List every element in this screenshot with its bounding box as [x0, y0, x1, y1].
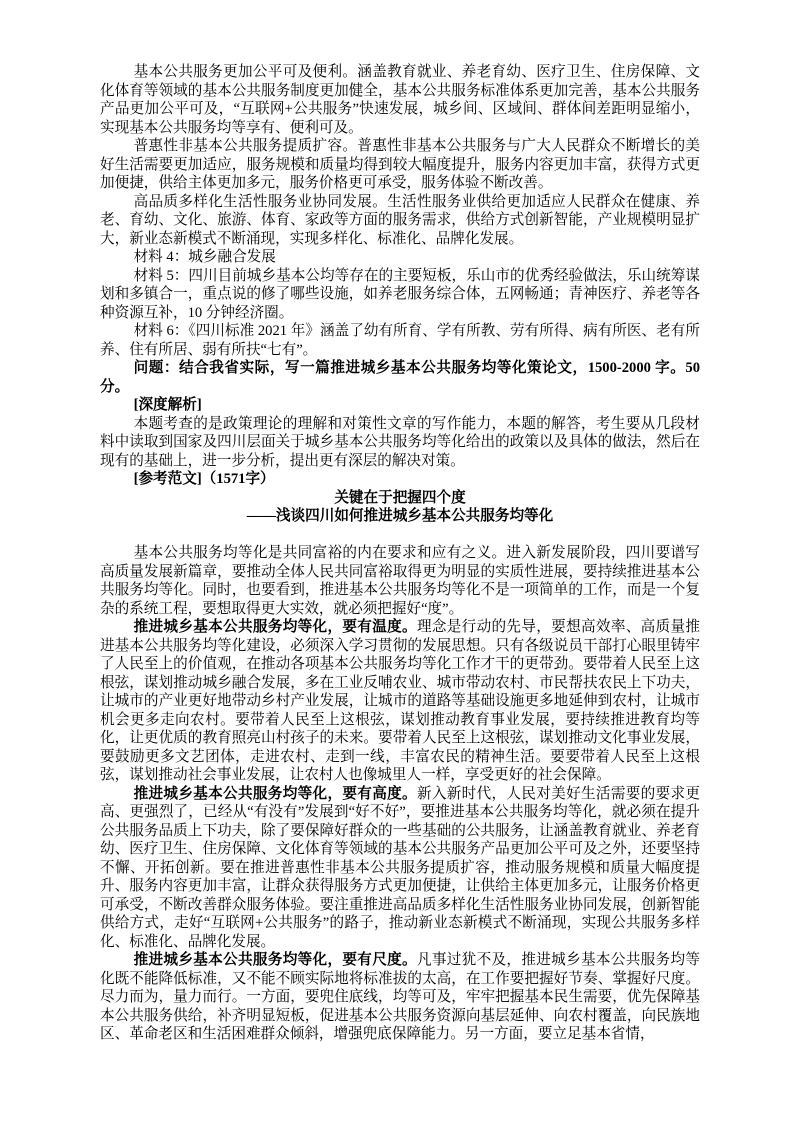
text-run: 基本公共服务均等化是共同富裕的内在要求和应有之义。进入新发展阶段，四川要谱写高质…	[100, 545, 700, 617]
document-page: 基本公共服务更加公平可及便利。涵盖教育就业、养老育幼、医疗卫生、住房保障、文化体…	[0, 0, 794, 1123]
essay-para-intro: 基本公共服务均等化是共同富裕的内在要求和应有之义。进入新发展阶段，四川要谱写高质…	[100, 544, 700, 618]
bold-text-run: [参考范文]（1571字）	[134, 471, 275, 487]
essay-subtitle: ——浅谈四川如何推进城乡基本公共服务均等化	[100, 507, 700, 526]
bold-text-run: 推进城乡基本公共服务均等化，要有温度。	[134, 619, 417, 635]
bold-text-run: 问题：结合我省实际，写一篇推进城乡基本公共服务均等化策论文，1500-2000 …	[100, 360, 700, 395]
essay-title: 关键在于把握四个度	[100, 489, 700, 508]
text-run: 理念是行动的先导，要想高效率、高质量推进基本公共服务均等化建设，必须深入学习贯彻…	[100, 619, 700, 783]
text-run: 基本公共服务更加公平可及便利。涵盖教育就业、养老育幼、医疗卫生、住房保障、文化体…	[100, 64, 700, 136]
text-run: 新入新时代，人民对美好生活需要的要求更高、更强烈了，已经从“有没有”发展到“好不…	[100, 786, 700, 950]
essay-para-warmth: 推进城乡基本公共服务均等化，要有温度。理念是行动的先导，要想高效率、高质量推进基…	[100, 618, 700, 785]
material-6: 材料 6：《四川标准 2021 年》涵盖了幼有所育、学有所教、劳有所得、病有所医…	[100, 322, 700, 359]
text-run: 材料 6：《四川标准 2021 年》涵盖了幼有所育、学有所教、劳有所得、病有所医…	[100, 323, 700, 358]
bold-text-run: 推进城乡基本公共服务均等化，要有尺度。	[134, 952, 417, 968]
reference-essay-label: [参考范文]（1571字）	[100, 470, 700, 489]
bold-text-run: ——浅谈四川如何推进城乡基本公共服务均等化	[247, 508, 553, 524]
question: 问题：结合我省实际，写一篇推进城乡基本公共服务均等化策论文，1500-2000 …	[100, 359, 700, 396]
intro-lifestyle-services: 高品质多样化生活性服务业协同发展。生活性服务业供给更加适应人民群众在健康、养老、…	[100, 193, 700, 249]
essay-para-measure: 推进城乡基本公共服务均等化，要有尺度。凡事过犹不及，推进城乡基本公共服务均等化既…	[100, 951, 700, 1044]
material-5: 材料 5：四川目前城乡基本公均等存在的主要短板，乐山市的优秀经验做法，乐山统筹谋…	[100, 267, 700, 323]
bold-text-run: 关键在于把握四个度	[334, 490, 465, 506]
text-run: 材料 4：城乡融合发展	[134, 249, 276, 265]
deep-analysis-label: [深度解析]	[100, 396, 700, 415]
essay-para-height: 推进城乡基本公共服务均等化，要有高度。新入新时代，人民对美好生活需要的要求更高、…	[100, 785, 700, 952]
document-body: 基本公共服务更加公平可及便利。涵盖教育就业、养老育幼、医疗卫生、住房保障、文化体…	[100, 63, 700, 1044]
text-run: 普惠性非基本公共服务提质扩容。普惠性非基本公共服务与广大人民群众不断增长的美好生…	[100, 138, 700, 191]
blank-line	[100, 526, 700, 545]
bold-text-run: [深度解析]	[134, 397, 202, 413]
text-run: 材料 5：四川目前城乡基本公均等存在的主要短板，乐山市的优秀经验做法，乐山统筹谋…	[100, 268, 700, 321]
text-run: 高品质多样化生活性服务业协同发展。生活性服务业供给更加适应人民群众在健康、养老、…	[100, 194, 700, 247]
bold-text-run: 推进城乡基本公共服务均等化，要有高度。	[134, 786, 417, 802]
material-4: 材料 4：城乡融合发展	[100, 248, 700, 267]
text-run: 本题考查的是政策理论的理解和对策性文章的写作能力，本题的解答，考生要从几段材料中…	[100, 416, 700, 469]
intro-inclusive-services: 普惠性非基本公共服务提质扩容。普惠性非基本公共服务与广大人民群众不断增长的美好生…	[100, 137, 700, 193]
intro-basic-public-services: 基本公共服务更加公平可及便利。涵盖教育就业、养老育幼、医疗卫生、住房保障、文化体…	[100, 63, 700, 137]
deep-analysis-body: 本题考查的是政策理论的理解和对策性文章的写作能力，本题的解答，考生要从几段材料中…	[100, 415, 700, 471]
